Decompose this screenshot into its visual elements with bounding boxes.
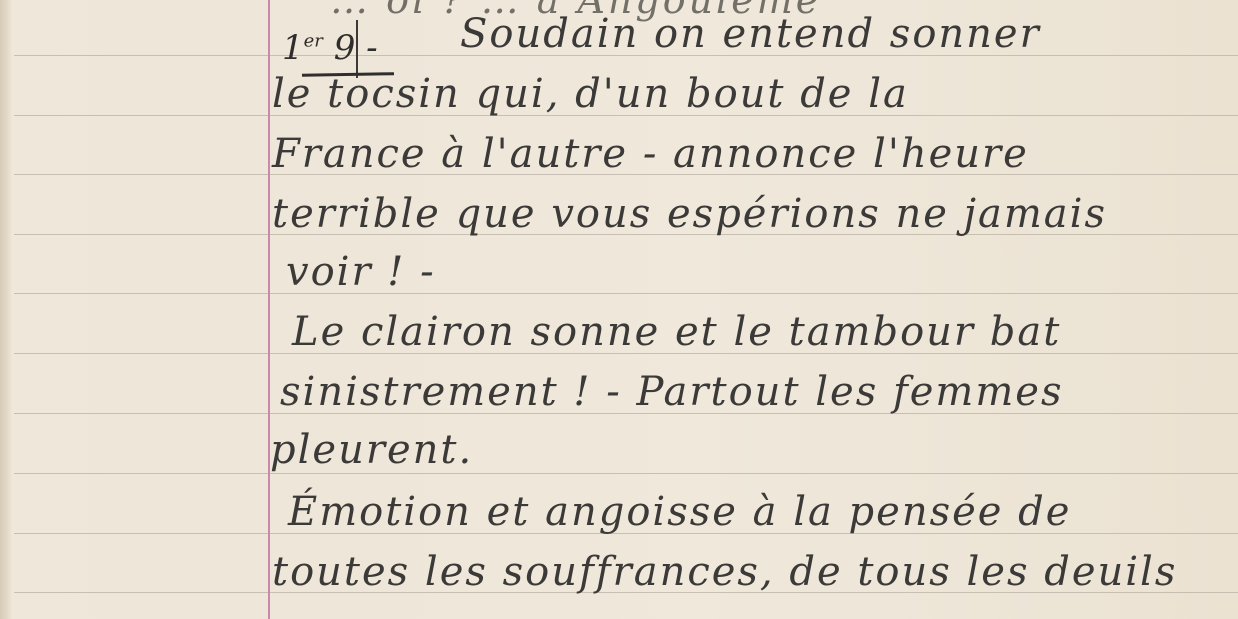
handwritten-line-6: Le clairon sonne et le tambour bat (292, 312, 1061, 352)
date-month: 9 (334, 28, 356, 68)
handwritten-line-3: France à l'autre - annonce l'heure (272, 134, 1029, 174)
date-separator (323, 28, 334, 68)
handwritten-line-5: voir ! - (286, 252, 436, 292)
page-edge-shadow (0, 0, 12, 619)
ruled-line (14, 473, 1238, 474)
notebook-page: … oi ? … à Angoulême 1er 9 - Soudain on … (0, 0, 1238, 619)
ruled-line (14, 293, 1238, 294)
handwritten-line-1: Soudain on entend sonner (460, 14, 1041, 54)
date-day: 1 (282, 28, 304, 68)
margin-line (268, 0, 270, 619)
date-dash: - (355, 28, 377, 68)
handwritten-line-4: terrible que vous espérions ne jamais (272, 194, 1107, 234)
handwritten-line-9: Émotion et angoisse à la pensée de (288, 492, 1071, 532)
handwritten-line-2: le tocsin qui, d'un bout de la (272, 74, 909, 114)
handwritten-line-10: toutes les souffrances, de tous les deui… (272, 552, 1177, 592)
date-slash-stroke (356, 20, 358, 78)
handwritten-line-8: pleurent. (270, 430, 473, 470)
date-suffix: er (304, 31, 323, 52)
handwritten-line-7: sinistrement ! - Partout les femmes (280, 372, 1063, 412)
date-entry: 1er 9 - (282, 28, 378, 68)
